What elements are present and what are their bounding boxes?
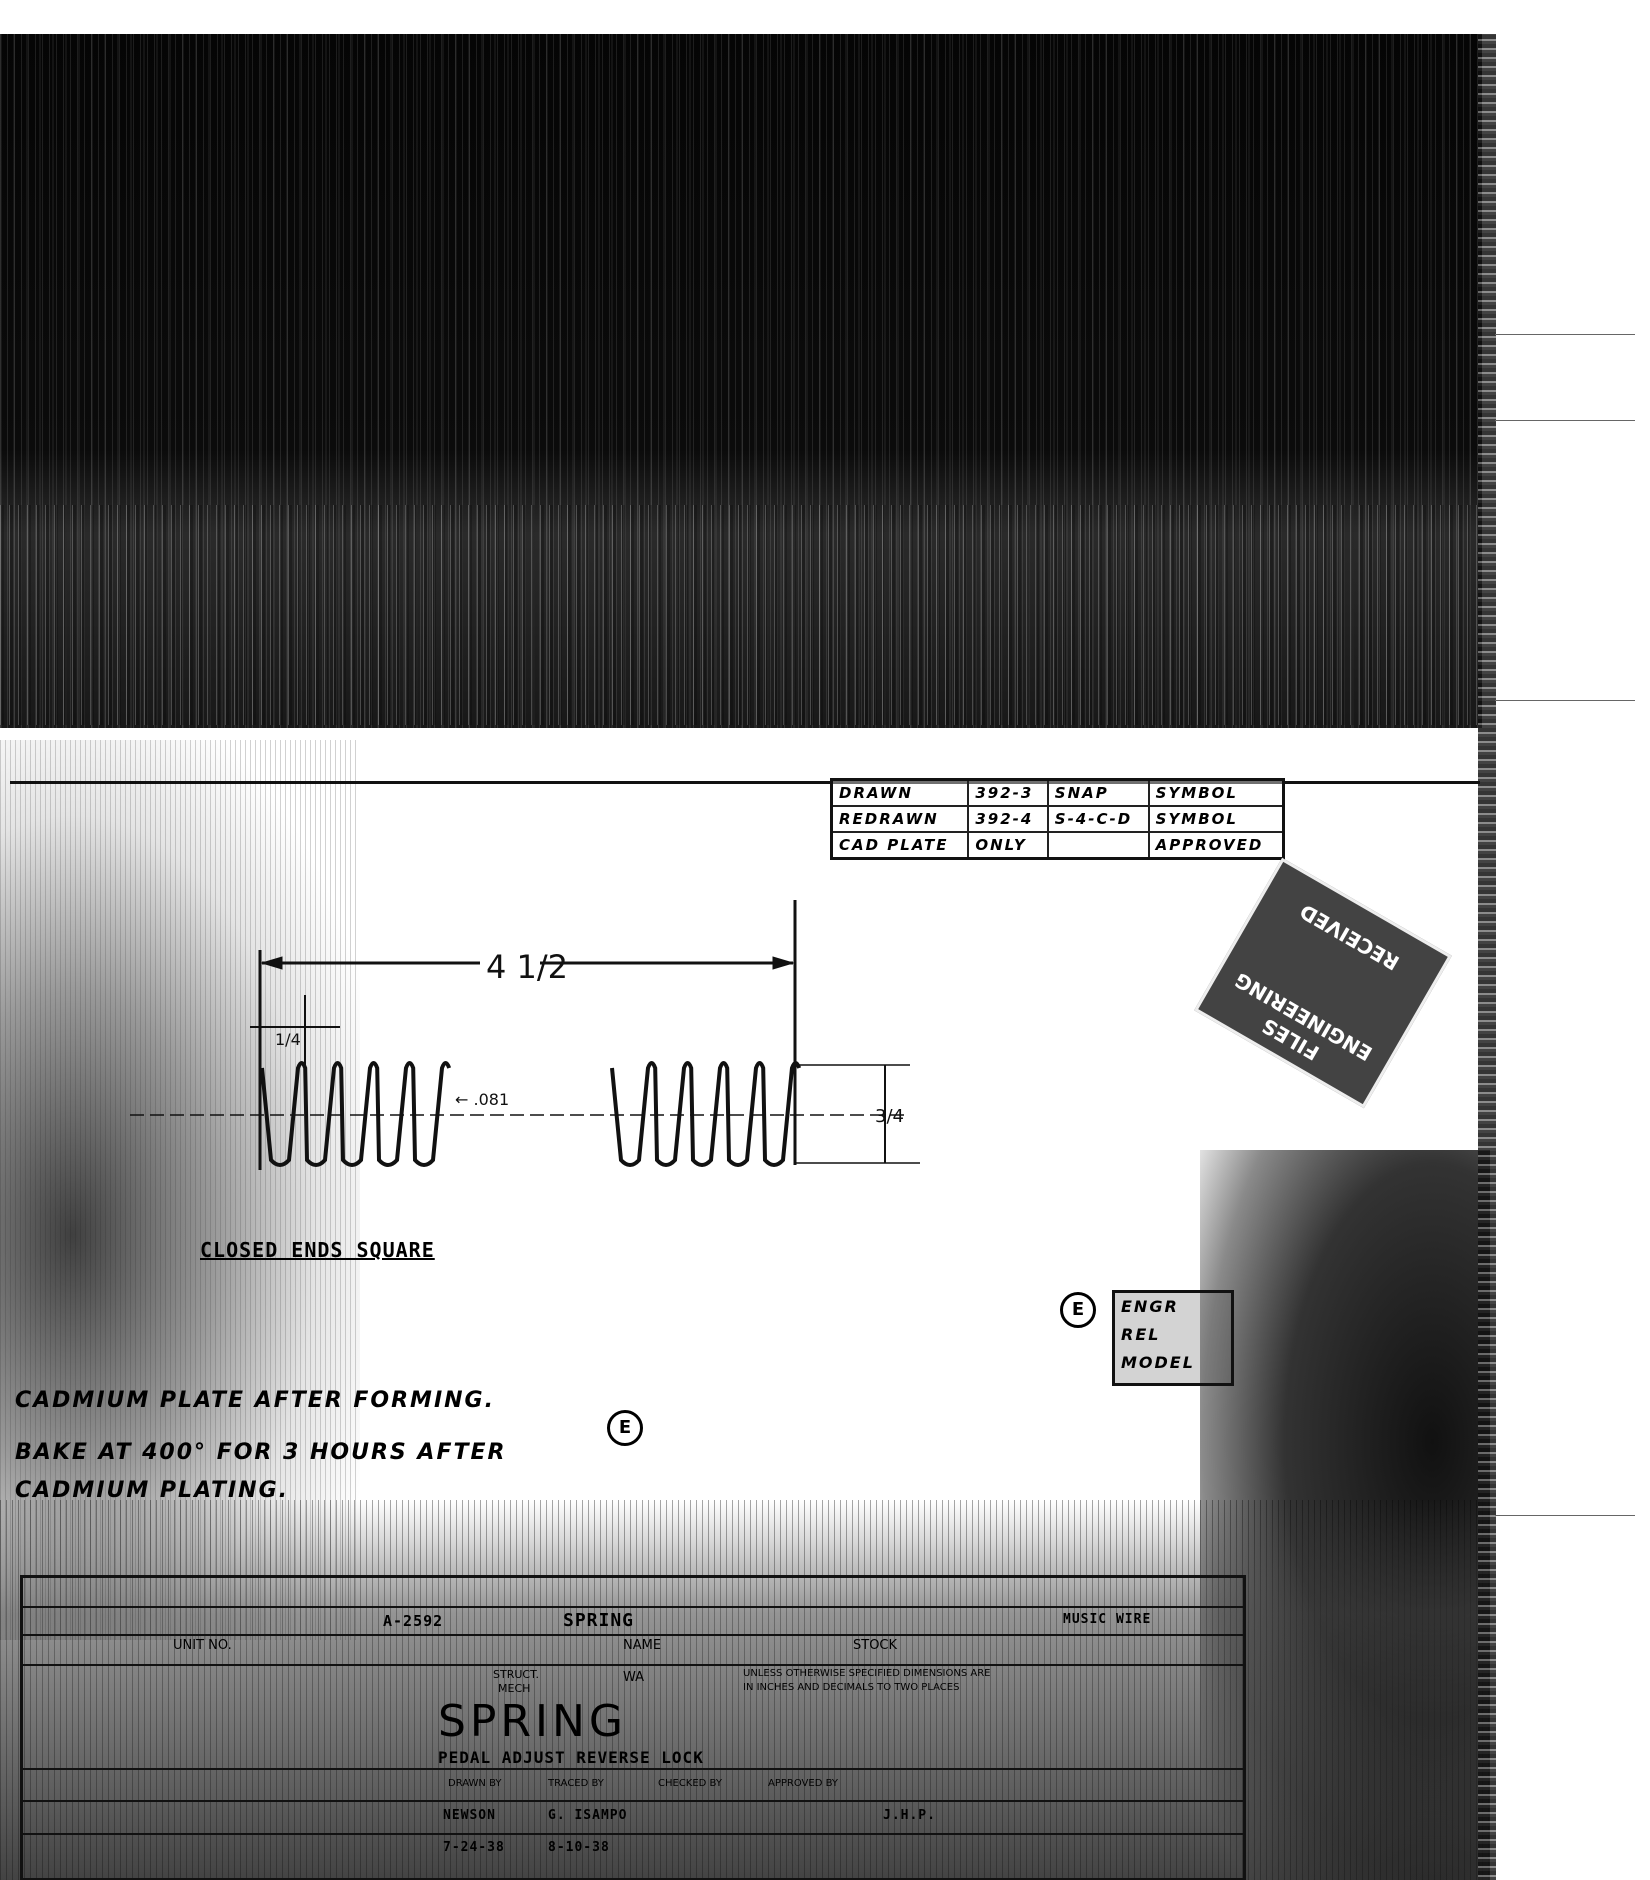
change-letter-bubble: E [607, 1410, 643, 1446]
struct-label: STRUCT. [493, 1668, 539, 1681]
checked-by-label: CHECKED BY [658, 1778, 722, 1789]
outside-diameter-dimension: 3/4 [875, 1106, 904, 1127]
drawn-by-value: NEWSON [443, 1808, 496, 1823]
note-line: CADMIUM PLATING. [15, 1478, 289, 1503]
wire-diameter-dimension: ← .081 [455, 1090, 509, 1109]
material-value: MUSIC WIRE [1063, 1612, 1151, 1627]
title-block-rule [23, 1664, 1243, 1666]
overall-length-dimension: 4 1/2 [486, 948, 568, 986]
tolerance-note: IN INCHES AND DECIMALS TO TWO PLACES [743, 1682, 959, 1693]
change-letter-bubble: E [1060, 1292, 1096, 1328]
change-block: ENGR REL MODEL [1112, 1290, 1234, 1386]
weight-label: WA [623, 1670, 644, 1685]
traced-by-label: TRACED BY [548, 1778, 604, 1789]
title-block-rule [23, 1833, 1243, 1835]
change-block-line: MODEL [1121, 1349, 1231, 1377]
part-name-small: SPRING [563, 1610, 634, 1631]
approved-by-label: APPROVED BY [768, 1778, 838, 1789]
struct-value: MECH [498, 1682, 530, 1695]
title-block: A-2592 SPRING NAME STOCK MUSIC WIRE UNIT… [20, 1575, 1246, 1880]
drawing-title: SPRING [438, 1696, 627, 1747]
title-block-rule [23, 1634, 1243, 1636]
title-block-rule [23, 1606, 1243, 1608]
date-drawn: 7-24-38 [443, 1840, 505, 1855]
name-label: NAME [623, 1638, 661, 1653]
note-line: BAKE AT 400° FOR 3 HOURS AFTER [15, 1440, 506, 1465]
drawn-by-label: DRAWN BY [448, 1778, 502, 1789]
change-block-line: ENGR [1121, 1293, 1231, 1321]
stock-label: STOCK [853, 1638, 897, 1653]
change-block-line: REL [1121, 1321, 1231, 1349]
note-line: CADMIUM PLATE AFTER FORMING. [15, 1388, 495, 1413]
unit-number-label: UNIT NO. [173, 1638, 232, 1653]
part-number-small: A-2592 [383, 1612, 443, 1630]
title-block-rule [23, 1800, 1243, 1802]
title-block-rule [23, 1768, 1243, 1770]
drawing-subtitle: PEDAL ADJUST REVERSE LOCK [438, 1748, 704, 1767]
tolerance-note: UNLESS OTHERWISE SPECIFIED DIMENSIONS AR… [743, 1668, 991, 1679]
traced-by-value: G. ISAMPO [548, 1808, 627, 1823]
date-traced: 8-10-38 [548, 1840, 610, 1855]
approved-by-value: J.H.P. [883, 1808, 936, 1823]
ends-note: CLOSED ENDS SQUARE [200, 1238, 435, 1262]
pitch-dimension: 1/4 [275, 1030, 301, 1049]
